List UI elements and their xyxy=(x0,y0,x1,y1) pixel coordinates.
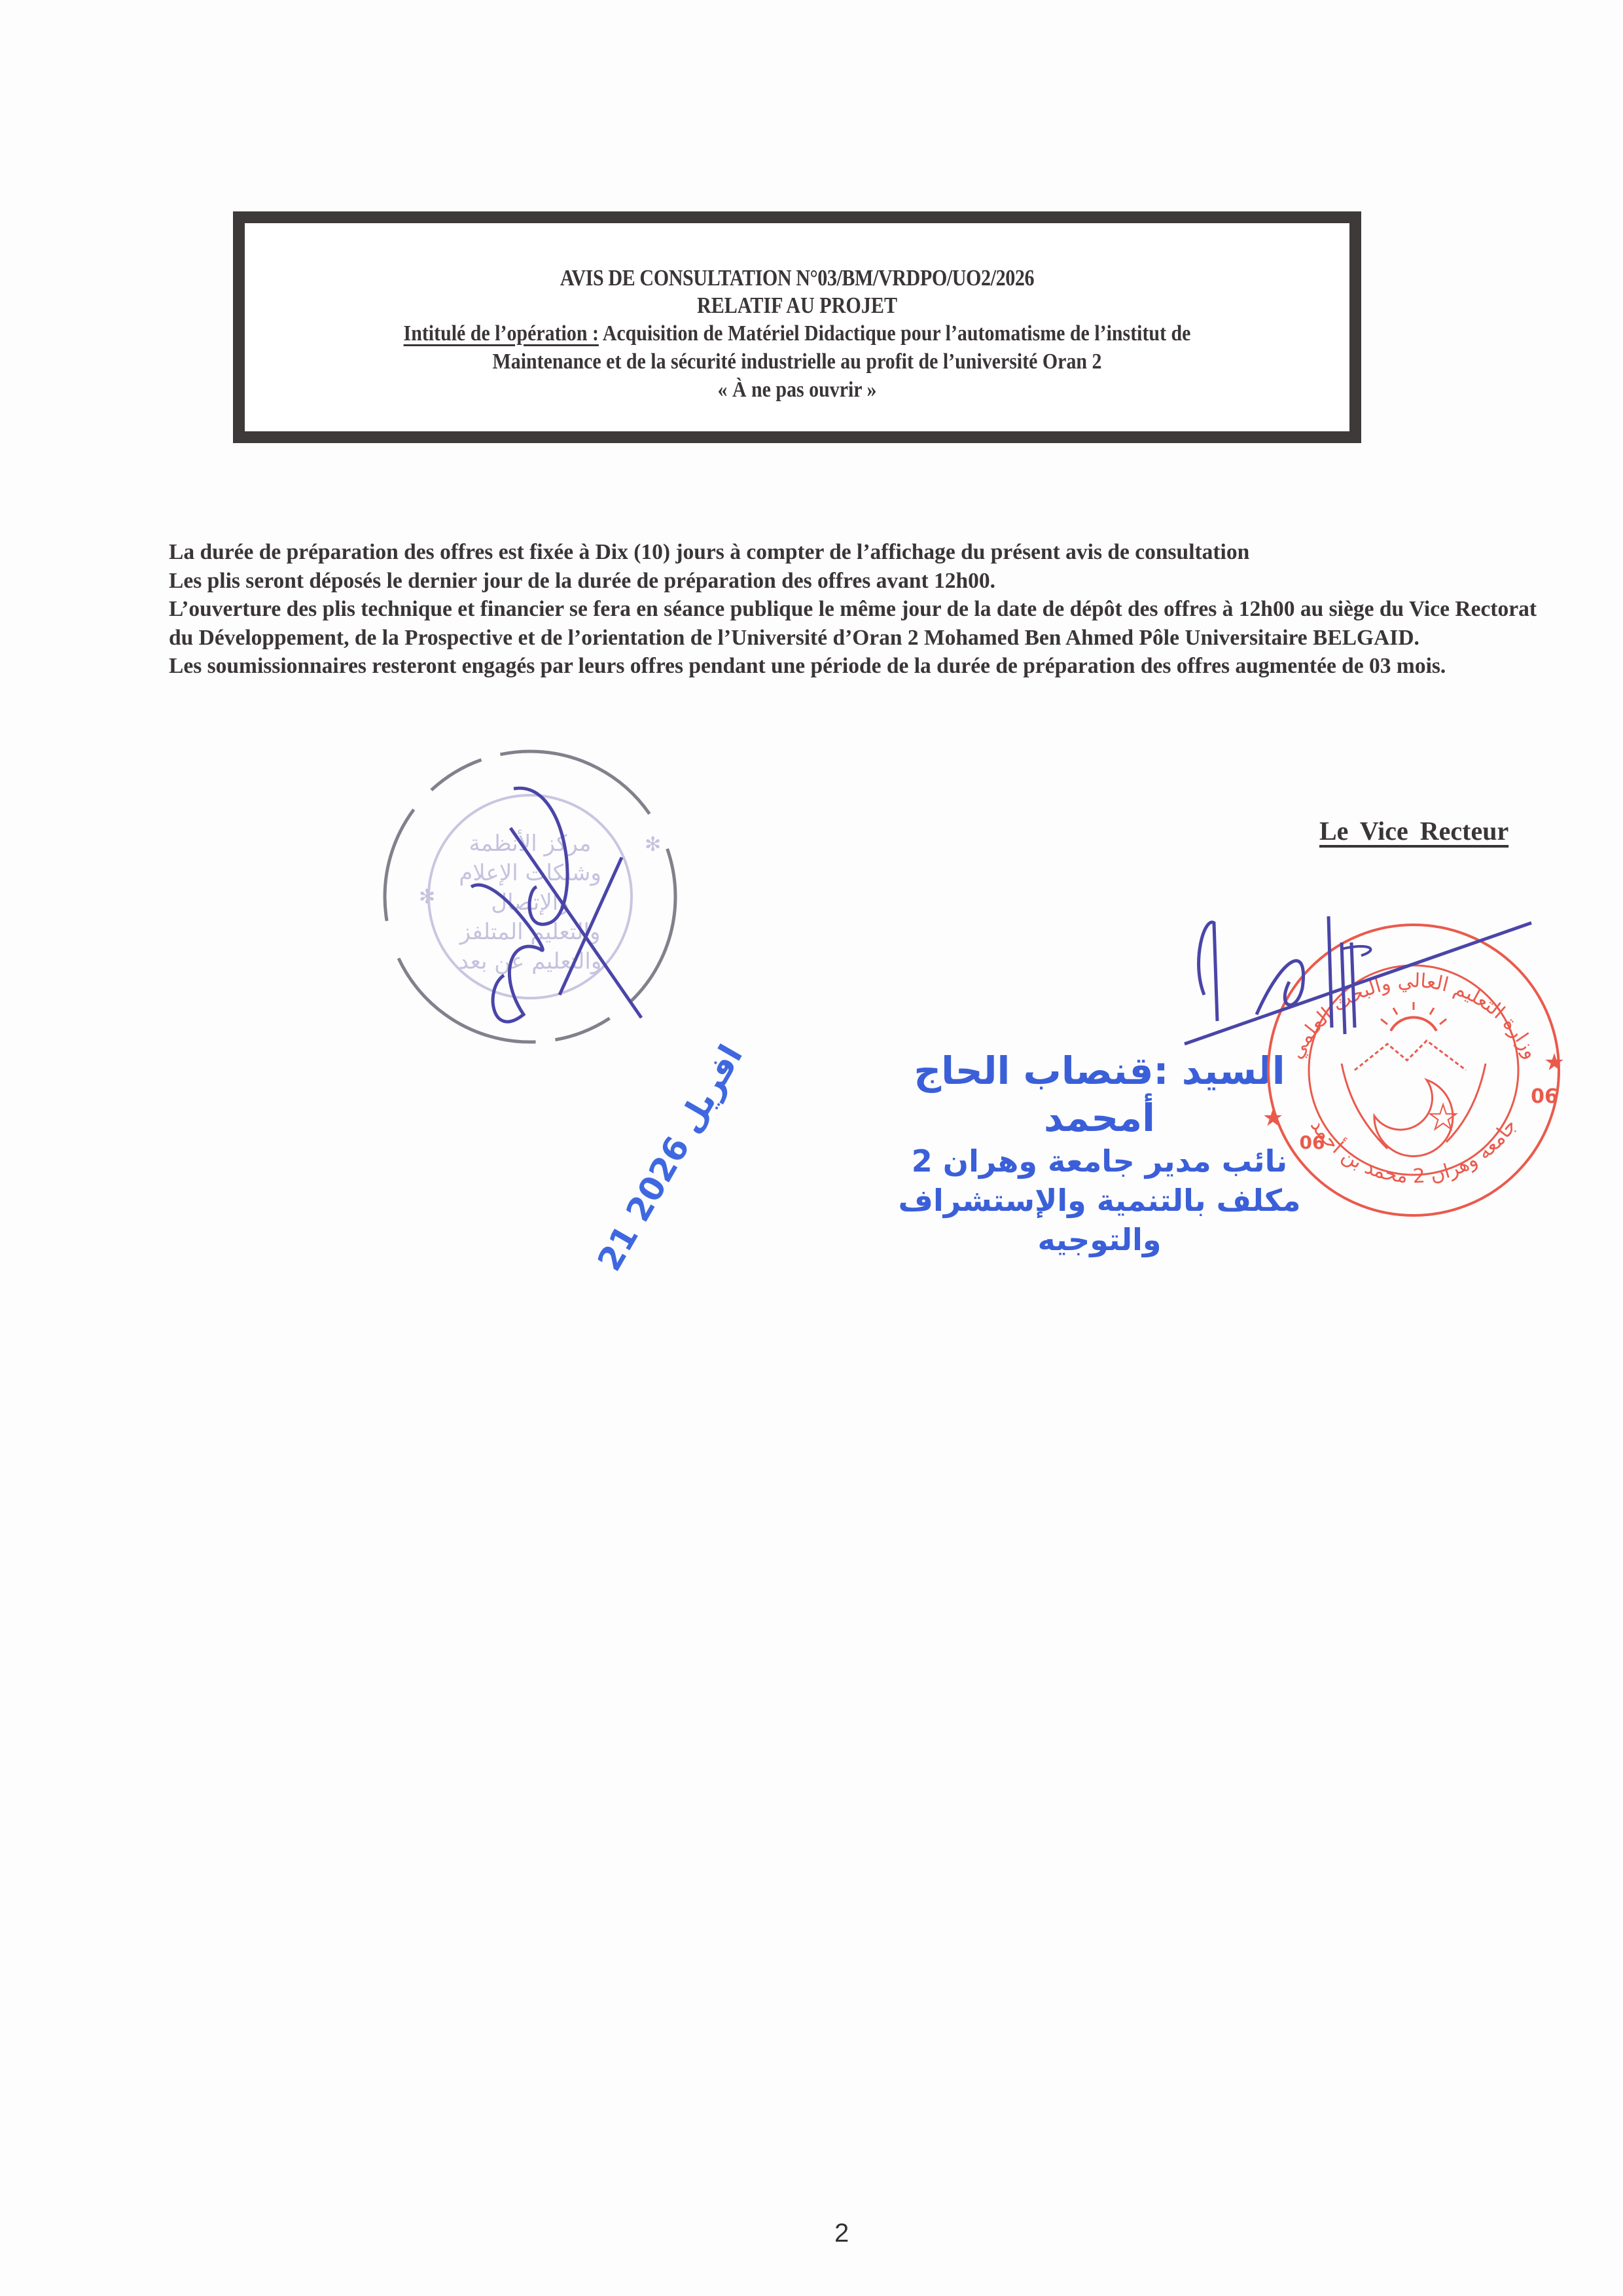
notice-body: La durée de préparation des offres est f… xyxy=(169,538,1537,681)
svg-text:★: ★ xyxy=(1544,1049,1565,1076)
svg-text:★: ★ xyxy=(1428,1098,1459,1138)
date-stamp: 21 افريل 2026 xyxy=(590,1039,750,1278)
project-heading: RELATIF AU PROJET xyxy=(322,293,1272,319)
paragraph-deposit-deadline: Les plis seront déposés le dernier jour … xyxy=(169,567,1537,596)
name-stamp-position: نائب مدير جامعة وهران 2 xyxy=(877,1141,1322,1181)
svg-text:06: 06 xyxy=(1531,1085,1558,1108)
left-seal-stamp-icon: مركز الأنظمة وشبكات الإعلام والإتصال وال… xyxy=(373,740,687,1054)
name-stamp: السيد :قنصاب الحاج أمحمد نائب مدير جامعة… xyxy=(877,1047,1322,1259)
svg-text:06: 06 xyxy=(1300,1132,1325,1153)
do-not-open-notice: « À ne pas ouvrir » xyxy=(311,378,1283,403)
paragraph-offer-validity: Les soumissionnaires resteront engagés p… xyxy=(169,652,1537,681)
svg-text:مركز الأنظمة: مركز الأنظمة xyxy=(469,829,592,857)
title-box: AVIS DE CONSULTATION N°03/BM/VRDPO/UO2/2… xyxy=(233,211,1361,443)
svg-text:والتعليم المتلفز: والتعليم المتلفز xyxy=(459,919,601,945)
operation-title: Intitulé de l’opération : Acquisition de… xyxy=(311,321,1283,346)
svg-text:★: ★ xyxy=(1262,1105,1283,1132)
operation-text-1: Acquisition de Matériel Didactique pour … xyxy=(599,321,1191,346)
page-number: 2 xyxy=(834,2219,849,2248)
signatory-title: Le Vice Recteur xyxy=(1319,816,1508,846)
paragraph-opening-session: L’ouverture des plis technique et financ… xyxy=(169,595,1537,652)
operation-label: Intitulé de l’opération : xyxy=(404,321,599,346)
svg-text:وشبكات الإعلام: وشبكات الإعلام xyxy=(459,860,601,886)
svg-text:✻: ✻ xyxy=(645,833,661,856)
svg-text:✻: ✻ xyxy=(419,886,435,908)
consultation-number: AVIS DE CONSULTATION N°03/BM/VRDPO/UO2/2… xyxy=(322,265,1272,291)
vice-rector-signature-icon xyxy=(1178,903,1544,1073)
svg-text:جامعة وهران 2 محمد بن أحمد: جامعة وهران 2 محمد بن أحمد xyxy=(1306,1115,1522,1188)
paragraph-preparation-duration: La durée de préparation des offres est f… xyxy=(169,538,1537,567)
name-stamp-mission: مكلف بالتنمية والإستشراف والتوجيه xyxy=(877,1181,1322,1259)
operation-text-2: Maintenance et de la sécurité industriel… xyxy=(311,350,1283,374)
